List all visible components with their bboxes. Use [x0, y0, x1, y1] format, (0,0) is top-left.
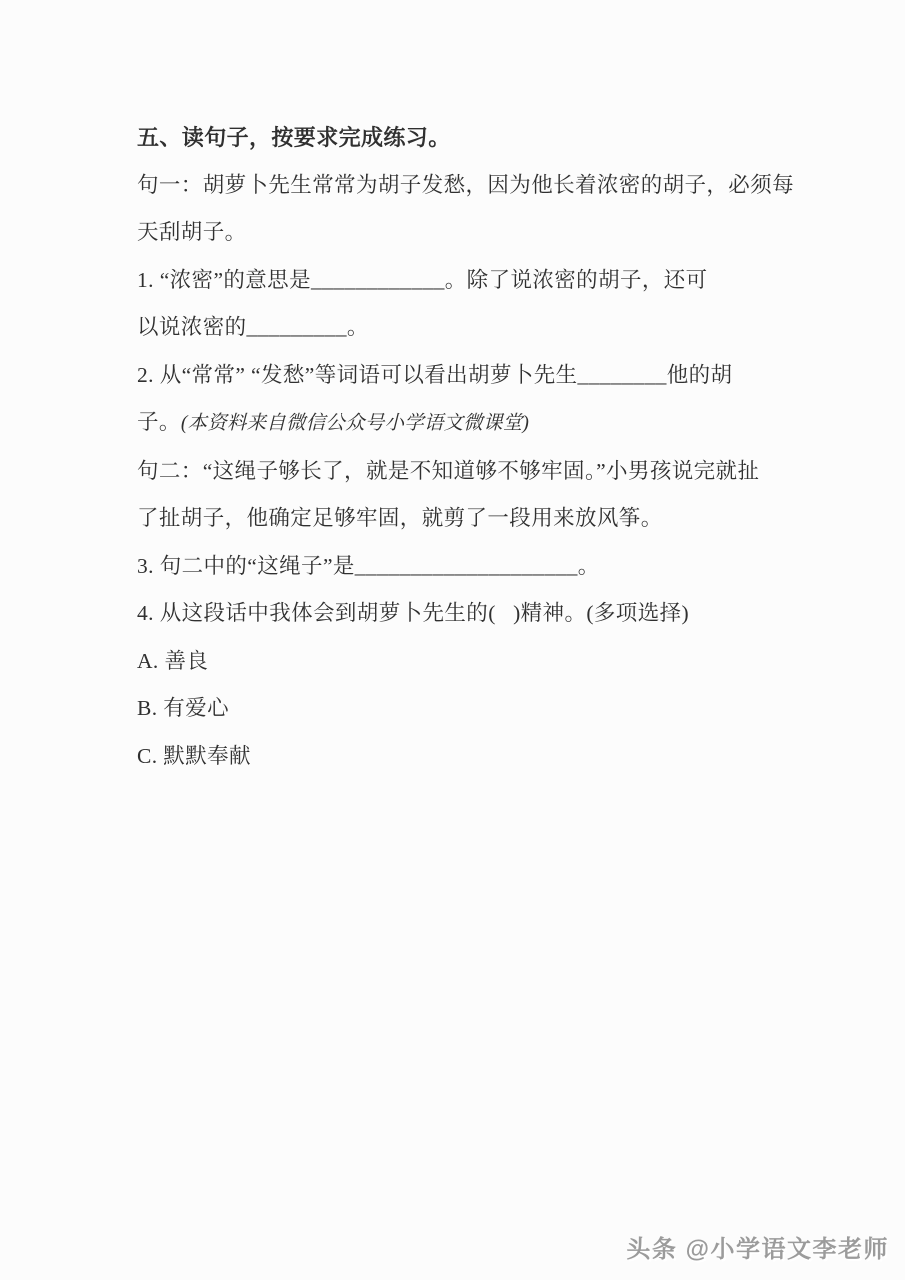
option-c: C. 默默奉献 — [137, 733, 817, 781]
question2-line1: 2. 从“常常” “发愁”等词语可以看出胡萝卜先生________他的胡 — [137, 352, 817, 400]
section-heading: 五、读句子，按要求完成练习。 — [137, 114, 817, 162]
worksheet-page: 五、读句子，按要求完成练习。 句一：胡萝卜先生常常为胡子发愁，因为他长着浓密的胡… — [0, 0, 905, 1280]
sentence1-line1: 句一：胡萝卜先生常常为胡子发愁，因为他长着浓密的胡子，必须每 — [137, 162, 817, 210]
question4: 4. 从这段话中我体会到胡萝卜先生的( )精神。(多项选择) — [137, 590, 817, 638]
watermark: 头条 @小学语文李老师 — [626, 1229, 889, 1264]
option-a: A. 善良 — [137, 638, 817, 686]
sentence2-line2: 了扯胡子，他确定足够牢固，就剪了一段用来放风筝。 — [137, 495, 817, 543]
sentence1-line2: 天刮胡子。 — [137, 209, 817, 257]
option-b: B. 有爱心 — [137, 685, 817, 733]
question3: 3. 句二中的“这绳子”是____________________。 — [137, 543, 817, 591]
question1-line2: 以说浓密的_________。 — [137, 304, 817, 352]
sentence2-line1: 句二：“这绳子够长了，就是不知道够不够牢固。”小男孩说完就扯 — [137, 448, 817, 496]
question2-line2-text: 子。 — [137, 410, 181, 434]
question1-line1: 1. “浓密”的意思是____________。除了说浓密的胡子，还可 — [137, 257, 817, 305]
worksheet-content: 五、读句子，按要求完成练习。 句一：胡萝卜先生常常为胡子发愁，因为他长着浓密的胡… — [137, 114, 817, 780]
source-note: (本资料来自微信公众号小学语文微课堂) — [181, 413, 529, 434]
question2-line2: 子。(本资料来自微信公众号小学语文微课堂) — [137, 399, 817, 448]
